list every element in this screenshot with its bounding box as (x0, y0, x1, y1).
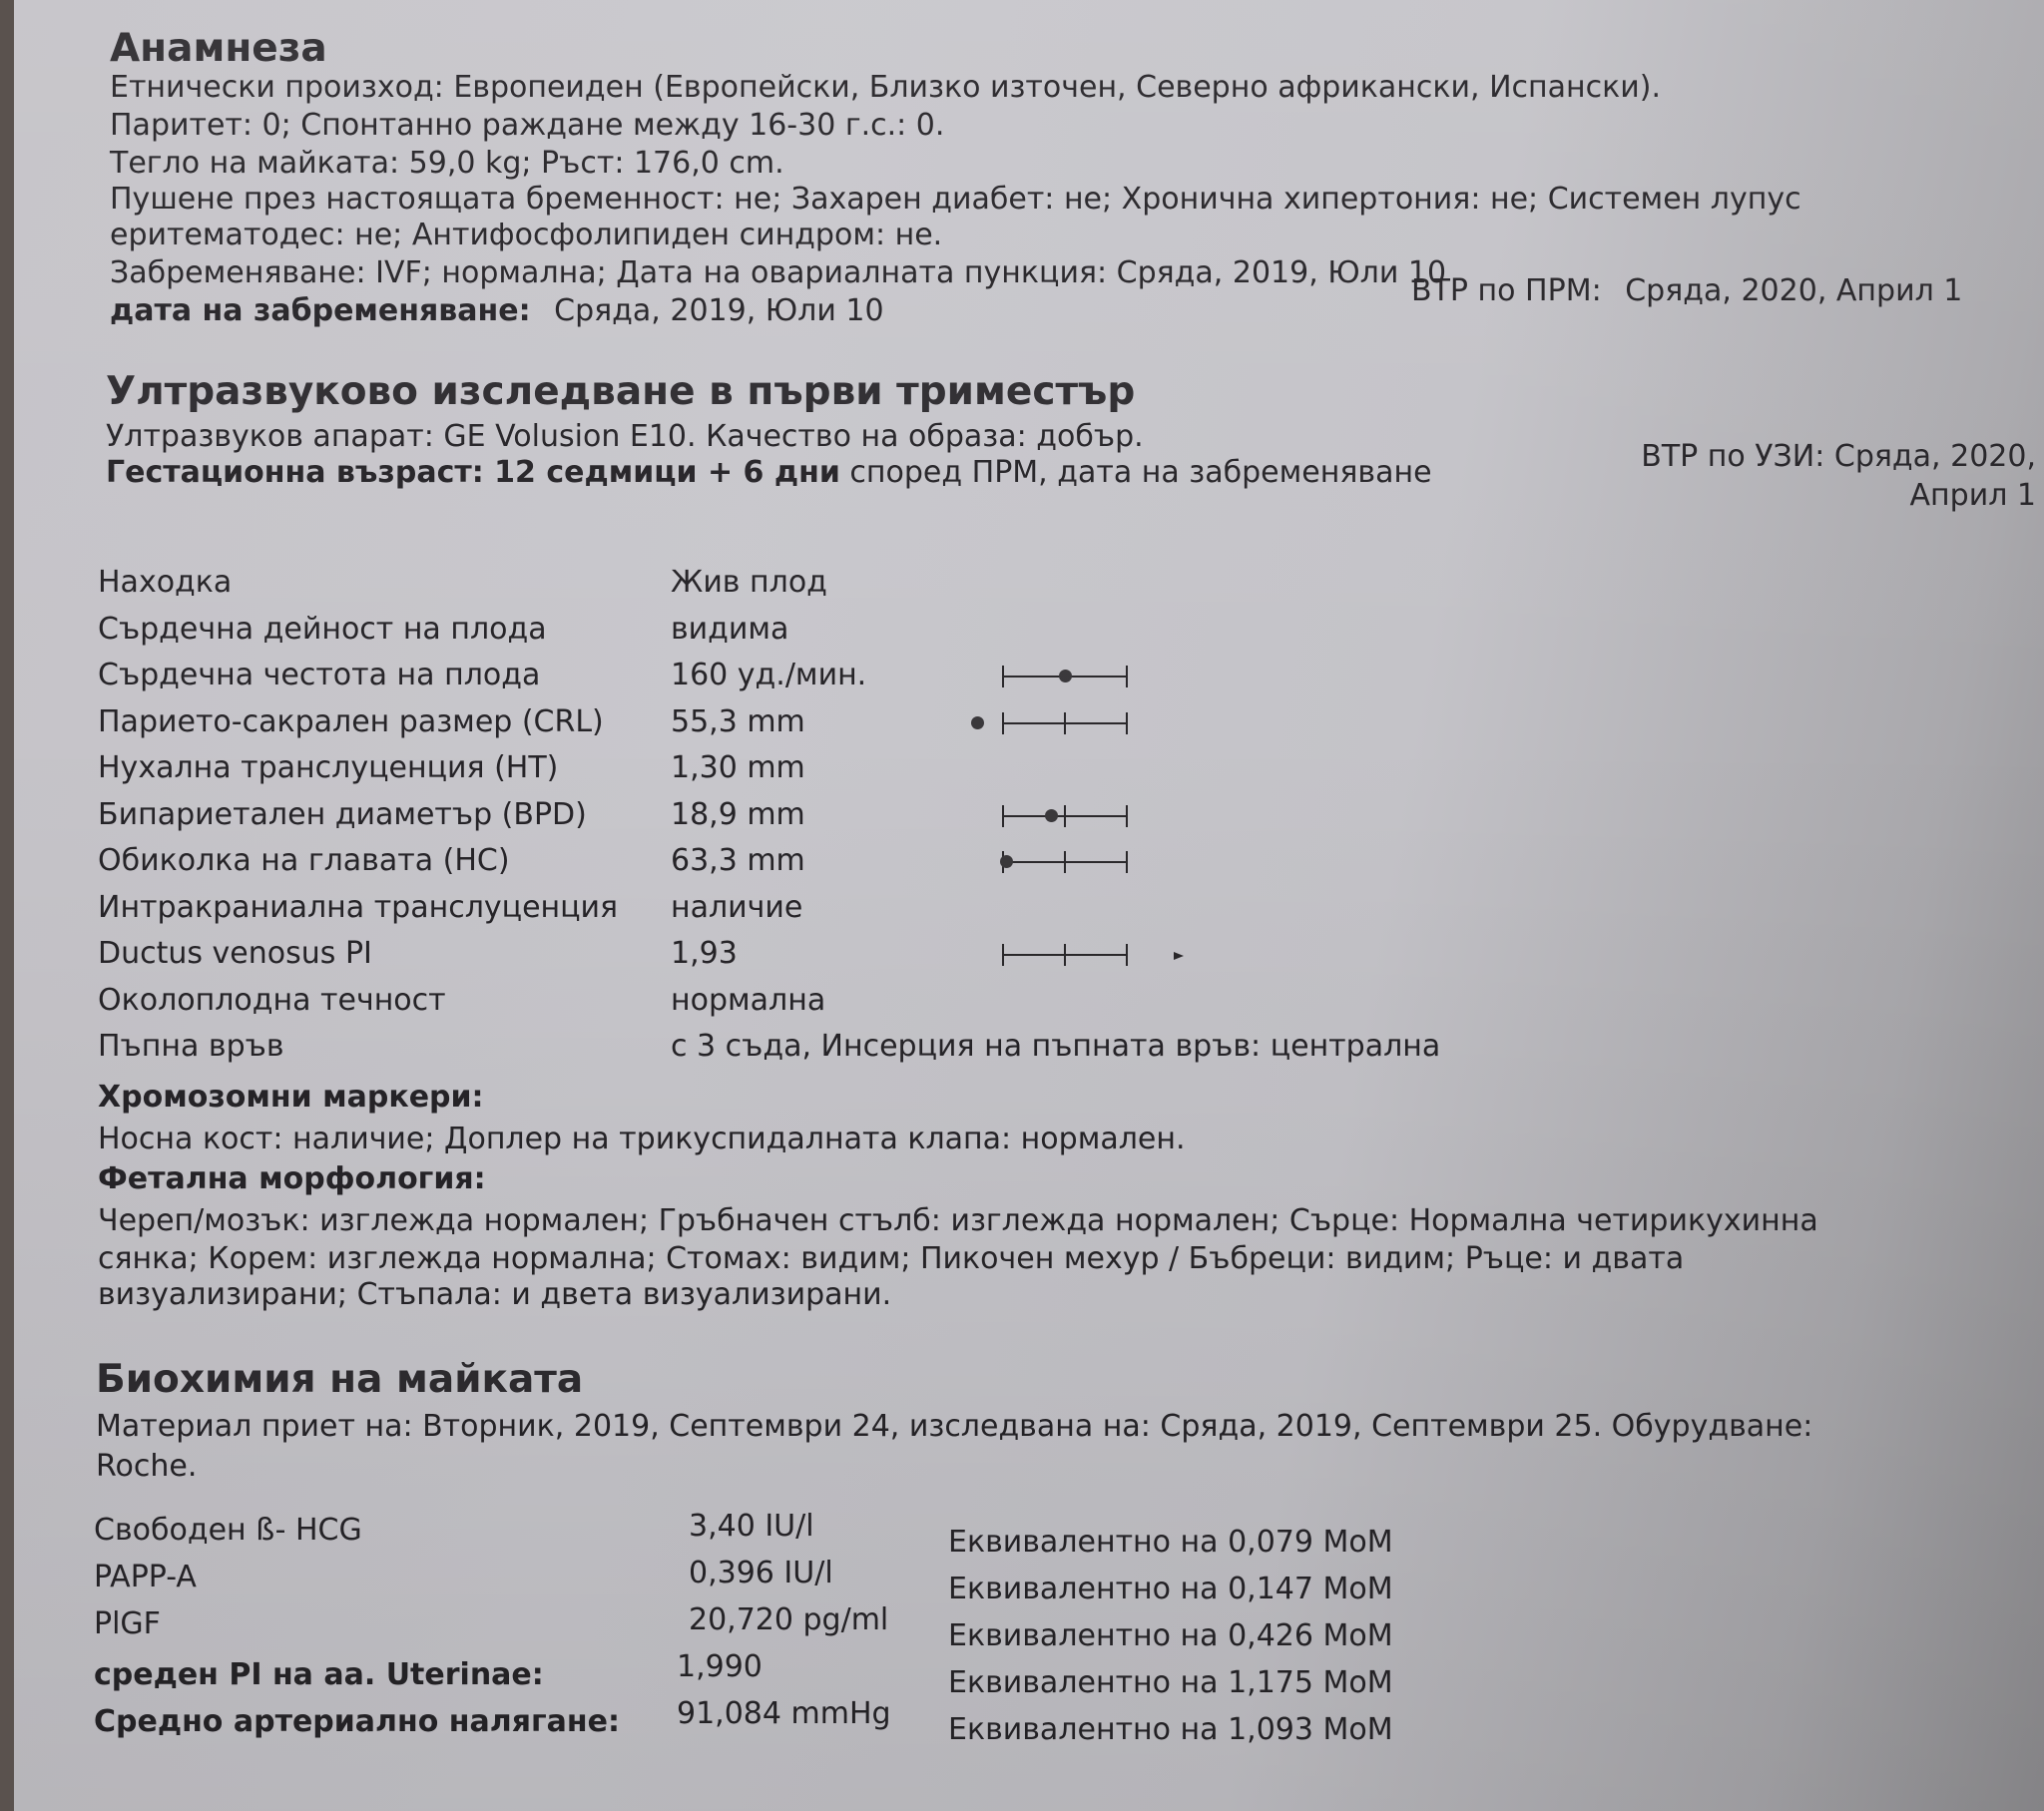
reference-range-indicator (1002, 944, 1128, 966)
edd-ultrasound: ВТР по УЗИ: Сряда, 2020, Април 1 (1557, 439, 2036, 513)
out-of-range-arrow-icon (1174, 952, 1184, 960)
measurement-marker (1045, 809, 1058, 822)
biochem-value: 91,084 mmHg (677, 1696, 891, 1731)
biochemistry-title: Биохимия на майката (96, 1357, 583, 1402)
material-line-1: Материал приет на: Вторник, 2019, Септем… (96, 1409, 1812, 1444)
finding-label: Бипариетален диаметър (BPD) (98, 797, 587, 832)
measurement-marker (1000, 855, 1013, 868)
edd-lmp-label: ВТР по ПРМ: (1411, 273, 1602, 308)
finding-value: 160 уд./мин. (671, 658, 866, 692)
gestational-age-label: Гестационна възраст: 12 седмици + 6 дни (106, 455, 840, 490)
finding-label: Находка (98, 565, 232, 600)
measurement-marker (971, 716, 984, 729)
biochem-label: PlGF (94, 1606, 161, 1641)
biochem-mom: Еквивалентно на 1,093 MoM (948, 1712, 1393, 1747)
finding-label: Сърдечна дейност на плода (98, 612, 547, 647)
conception-line: Забременяване: IVF; нормална; Дата на ов… (110, 255, 1446, 290)
chromosomal-markers-text: Носна кост: наличие; Доплер на трикуспид… (98, 1122, 1186, 1156)
biochem-value: 0,396 IU/l (689, 1556, 833, 1590)
biochem-mom: Еквивалентно на 1,175 MoM (948, 1665, 1393, 1700)
edd-lmp: ВТР по ПРМ: Сряда, 2020, Април 1 (1411, 273, 1962, 308)
risk-factors-line-1: Пушене през настоящата бременност: не; З… (110, 182, 1801, 217)
fetal-morphology-line-1: Череп/мозък: изглежда нормален; Гръбначе… (98, 1203, 1818, 1238)
risk-factors-line-2: еритематодес: не; Антифосфолипиден синдр… (110, 218, 942, 252)
finding-value: 63,3 mm (671, 843, 805, 878)
fetal-morphology-title: Фетална морфология: (98, 1161, 486, 1196)
measurement-marker (1059, 670, 1072, 682)
biochem-label: Свободен ß- HCG (94, 1513, 362, 1548)
finding-label: Интракраниална транслуценция (98, 890, 618, 925)
gestational-age: Гестационна възраст: 12 седмици + 6 дни … (106, 455, 1432, 490)
edd-lmp-value: Сряда, 2020, Април 1 (1625, 273, 1962, 308)
biochem-value: 20,720 pg/ml (689, 1602, 888, 1637)
chromosomal-markers-title: Хромозомни маркери: (98, 1080, 484, 1115)
finding-label: Нухална транслуценция (НТ) (98, 750, 558, 785)
finding-value: 1,30 mm (671, 750, 805, 785)
biochem-mom: Еквивалентно на 0,147 MoM (948, 1572, 1393, 1606)
material-line-2: Roche. (96, 1449, 197, 1484)
biochem-label: Средно артериално налягане: (94, 1704, 620, 1739)
edd-ultrasound-line-1: ВТР по УЗИ: Сряда, 2020, (1557, 439, 2036, 474)
finding-value: с 3 съда, Инсерция на пъпната връв: цент… (671, 1029, 1440, 1064)
parity-line: Паритет: 0; Спонтанно раждане между 16-3… (110, 108, 944, 143)
biochem-value: 3,40 IU/l (689, 1509, 814, 1544)
gestational-age-basis: според ПРМ, дата на забременяване (840, 455, 1432, 490)
biochem-label: среден PI на аа. Uterinae: (94, 1657, 544, 1692)
weight-height-line: Тегло на майката: 59,0 kg; Ръст: 176,0 c… (110, 146, 784, 181)
finding-value: Жив плод (671, 565, 827, 600)
ultrasound-title: Ултразвуково изследване в първи триместъ… (106, 369, 1135, 414)
reference-range-indicator (1002, 851, 1128, 873)
biochem-value: 1,990 (677, 1649, 763, 1684)
biochem-label: PAPP-A (94, 1560, 197, 1594)
ethnicity-line: Етнически произход: Европеиден (Европейс… (110, 70, 1661, 105)
conception-date-label: дата на забременяване: (110, 293, 531, 328)
finding-label: Сърдечна честота на плода (98, 658, 540, 692)
fetal-morphology-line-2: сянка; Корем: изглежда нормална; Стомах:… (98, 1241, 1684, 1276)
edd-ultrasound-line-2: Април 1 (1557, 478, 2036, 513)
finding-value: наличие (671, 890, 802, 925)
biochem-mom: Еквивалентно на 0,079 MoM (948, 1525, 1393, 1560)
finding-label: Обиколка на главата (HC) (98, 843, 510, 878)
report-page: Анамнеза Етнически произход: Европеиден … (14, 0, 2044, 1811)
conception-date-value: Сряда, 2019, Юли 10 (554, 293, 883, 328)
finding-label: Пъпна връв (98, 1029, 284, 1064)
fetal-morphology-line-3: визуализирани; Стъпала: и двета визуализ… (98, 1277, 891, 1312)
finding-value: нормална (671, 983, 825, 1018)
finding-value: 18,9 mm (671, 797, 805, 832)
reference-range-indicator (1002, 712, 1128, 734)
finding-value: видима (671, 612, 788, 647)
finding-value: 1,93 (671, 936, 738, 971)
finding-value: 55,3 mm (671, 704, 805, 739)
ultrasound-device: Ултразвуков апарат: GE Volusion E10. Кач… (106, 419, 1144, 454)
reference-range-indicator (1002, 666, 1128, 687)
anamnesis-title: Анамнеза (110, 26, 327, 71)
reference-range-indicator (1002, 805, 1128, 827)
finding-label: Околоплодна течност (98, 983, 446, 1018)
biochem-mom: Еквивалентно на 0,426 MoM (948, 1618, 1393, 1653)
finding-label: Париeто-сакрален размер (CRL) (98, 704, 604, 739)
finding-label: Ductus venosus PI (98, 936, 372, 971)
conception-date: дата на забременяване: Сряда, 2019, Юли … (110, 293, 884, 328)
